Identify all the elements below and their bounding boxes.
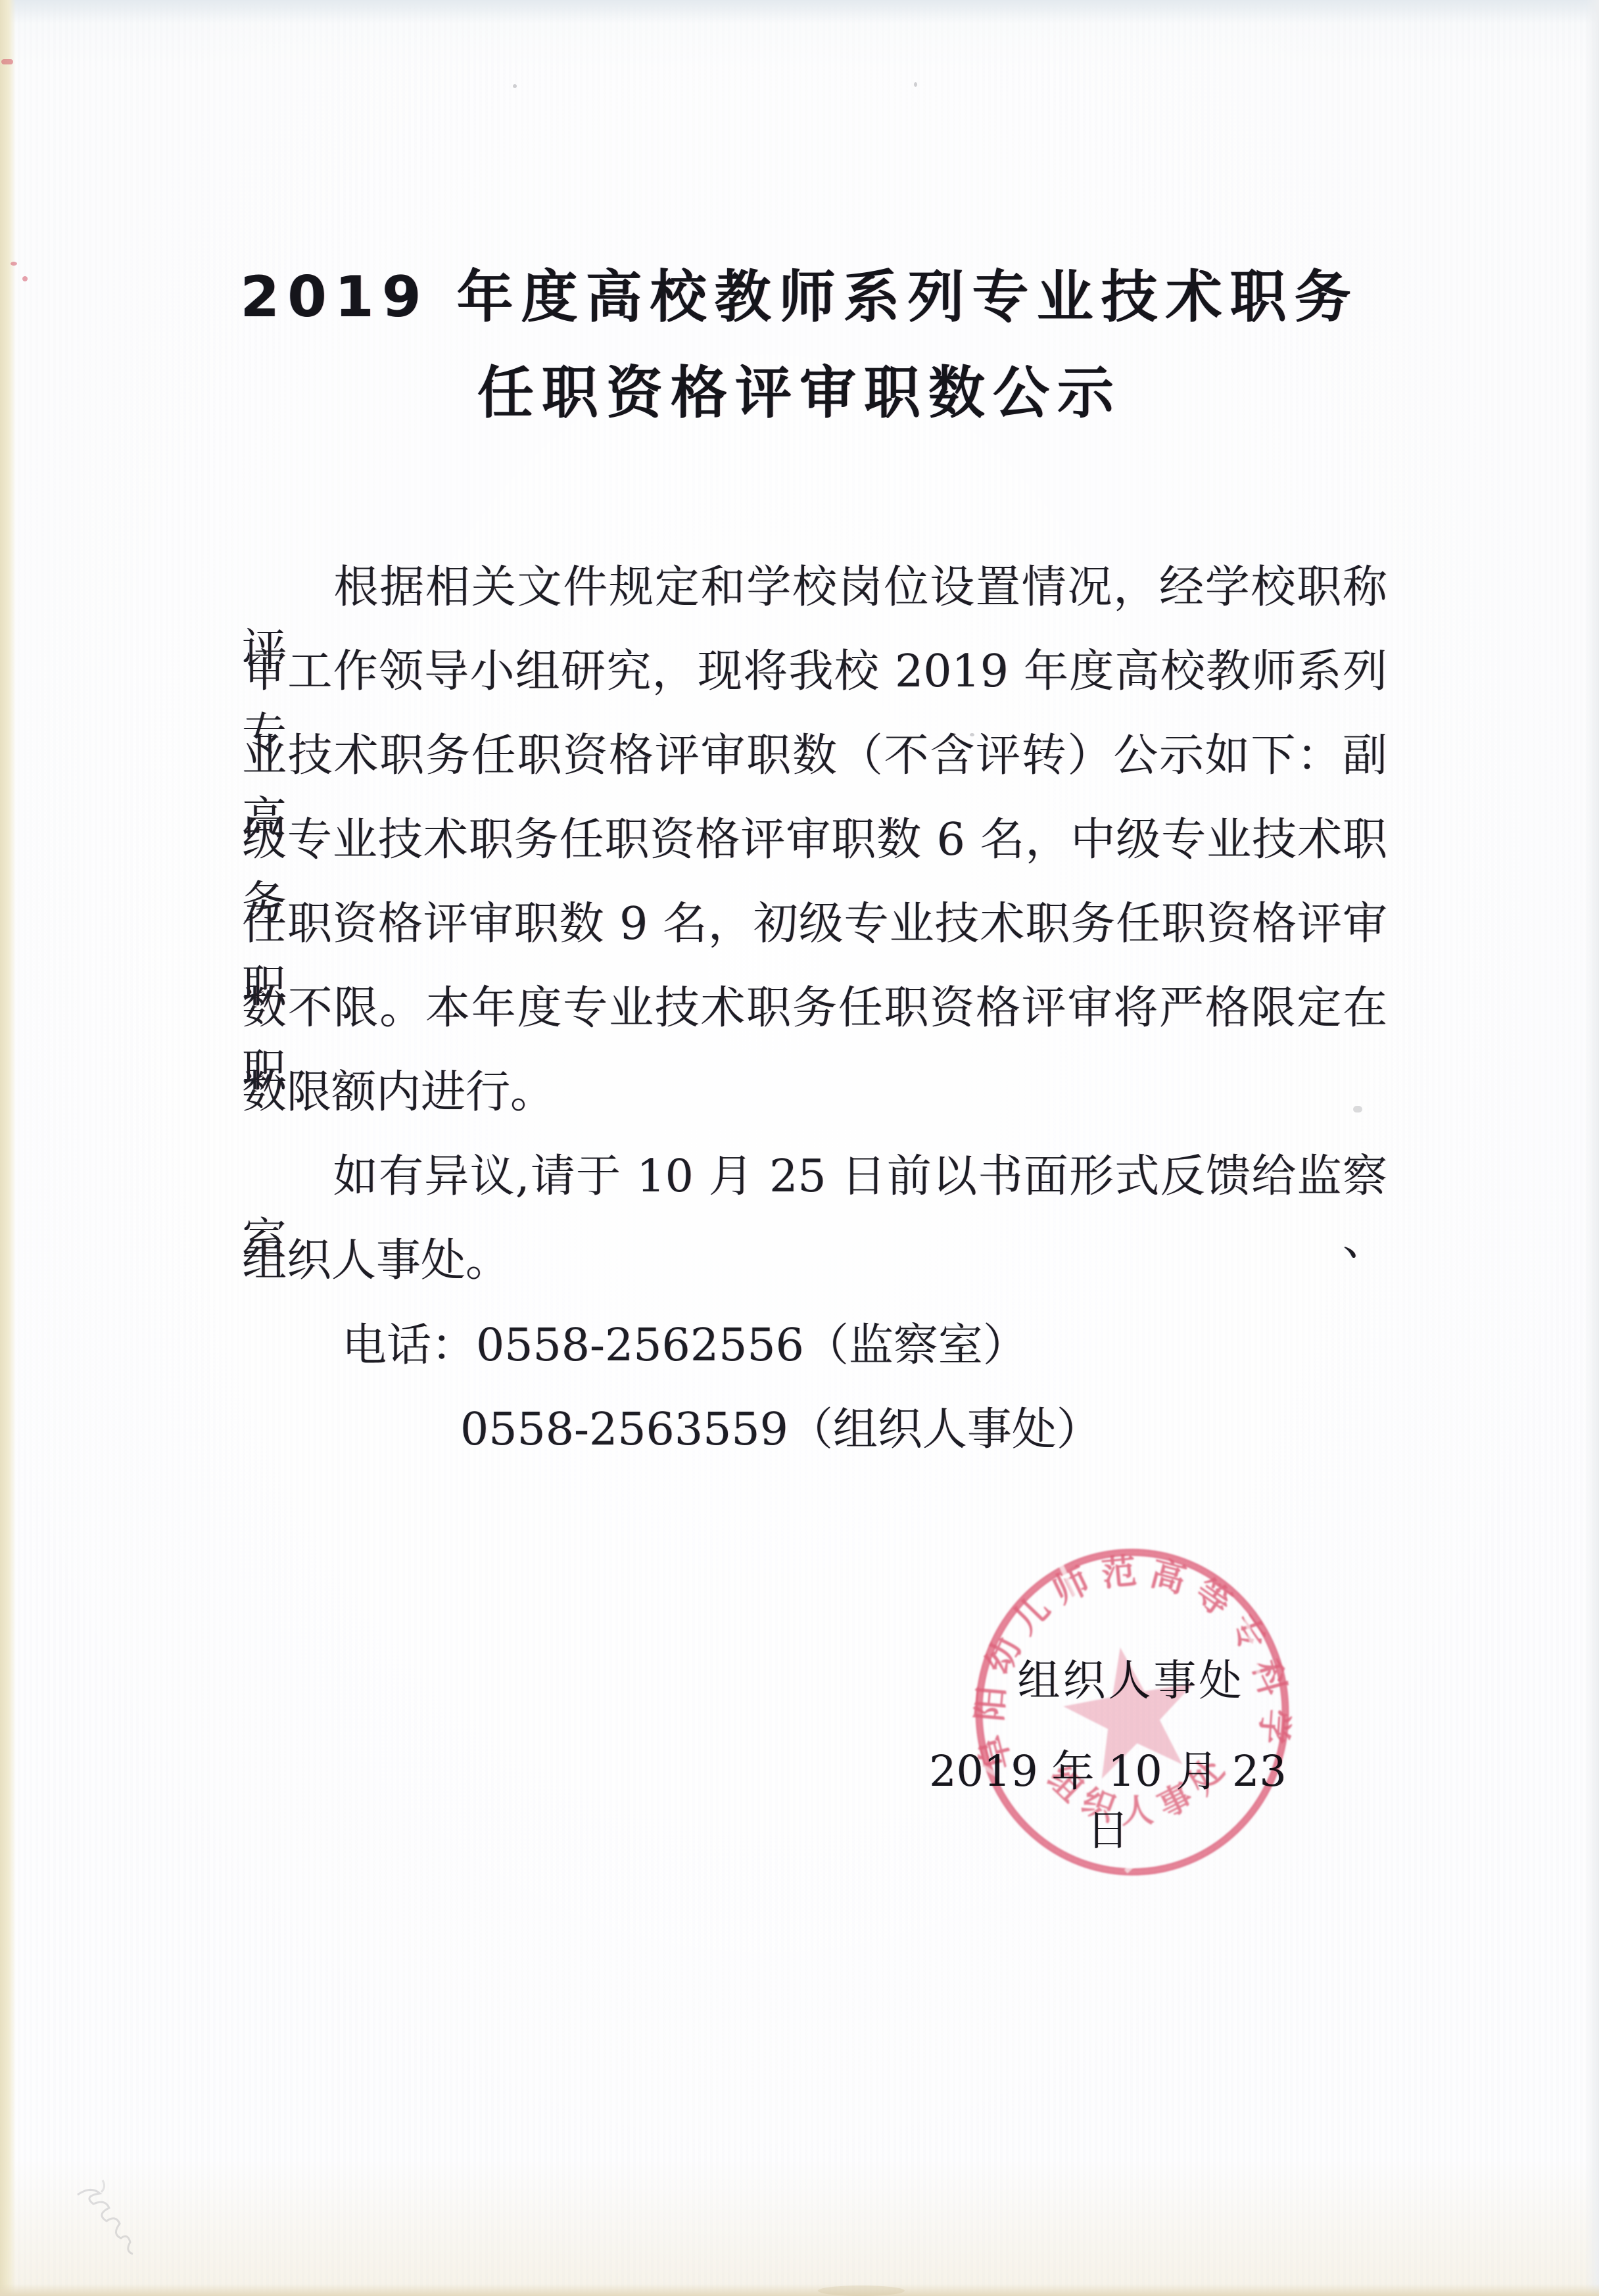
body-line-5: 任职资格评审职数 9 名，初级专业技术职务任职资格评审职 — [242, 893, 1387, 956]
seal-star-icon — [1055, 1636, 1208, 1783]
dust-speck — [513, 84, 517, 88]
body-line-4: 级专业技术职务任职资格评审职数 6 名，中级专业技术职务 — [242, 809, 1387, 872]
dust-speck — [914, 82, 917, 87]
body-line-8: 如有异议,请于 10 月 25 日前以书面形式反馈给监察室、 — [242, 1145, 1387, 1208]
body-line-9: 组织人事处。 — [242, 1230, 1387, 1293]
body-line-2: 审工作领导小组研究，现将我校 2019 年度高校教师系列专 — [242, 640, 1387, 704]
body-line-6: 数不限。本年度专业技术职务任职资格评审将严格限定在职 — [242, 977, 1387, 1040]
body-line-3: 业技术职务任职资格评审职数（不含评转）公示如下：副高 — [242, 725, 1387, 788]
bottom-edge-smudge — [815, 2280, 907, 2296]
doc-title-line-2: 任职资格评审职数公示 — [0, 360, 1599, 426]
official-seal-stamp: 阜阳幼儿师范高等专科学校 组织人事处 — [968, 1544, 1297, 1880]
scan-edge-left — [0, 0, 16, 2296]
doc-title-line-1: 2019 年度高校教师系列专业技术职务 — [0, 264, 1599, 330]
scan-edge-right — [1585, 0, 1599, 2296]
seal-bottom-department: 组织人事处 — [1039, 1750, 1233, 1833]
scanned-document-page: 2019 年度高校教师系列专业技术职务 任职资格评审职数公示 根据相关文件规定和… — [0, 0, 1599, 2296]
scan-edge-top — [0, 0, 1599, 24]
body-line-1: 根据相关文件规定和学校岗位设置情况，经学校职称评 — [242, 556, 1387, 619]
svg-text:组织人事处: 组织人事处 — [1039, 1750, 1233, 1833]
phone-line-personnel: 0558-2563559（组织人事处） — [242, 1399, 1599, 1462]
phone-line-supervision: 电话：0558-2562556（监察室） — [242, 1314, 1487, 1377]
body-line-7: 数限额内进行。 — [242, 1061, 1387, 1124]
pencil-scribble-artifact — [66, 2176, 171, 2275]
scan-edge-bottom — [0, 2284, 1599, 2296]
red-ink-speck — [1, 59, 13, 64]
seal-crease-artifact — [983, 1765, 1029, 1798]
